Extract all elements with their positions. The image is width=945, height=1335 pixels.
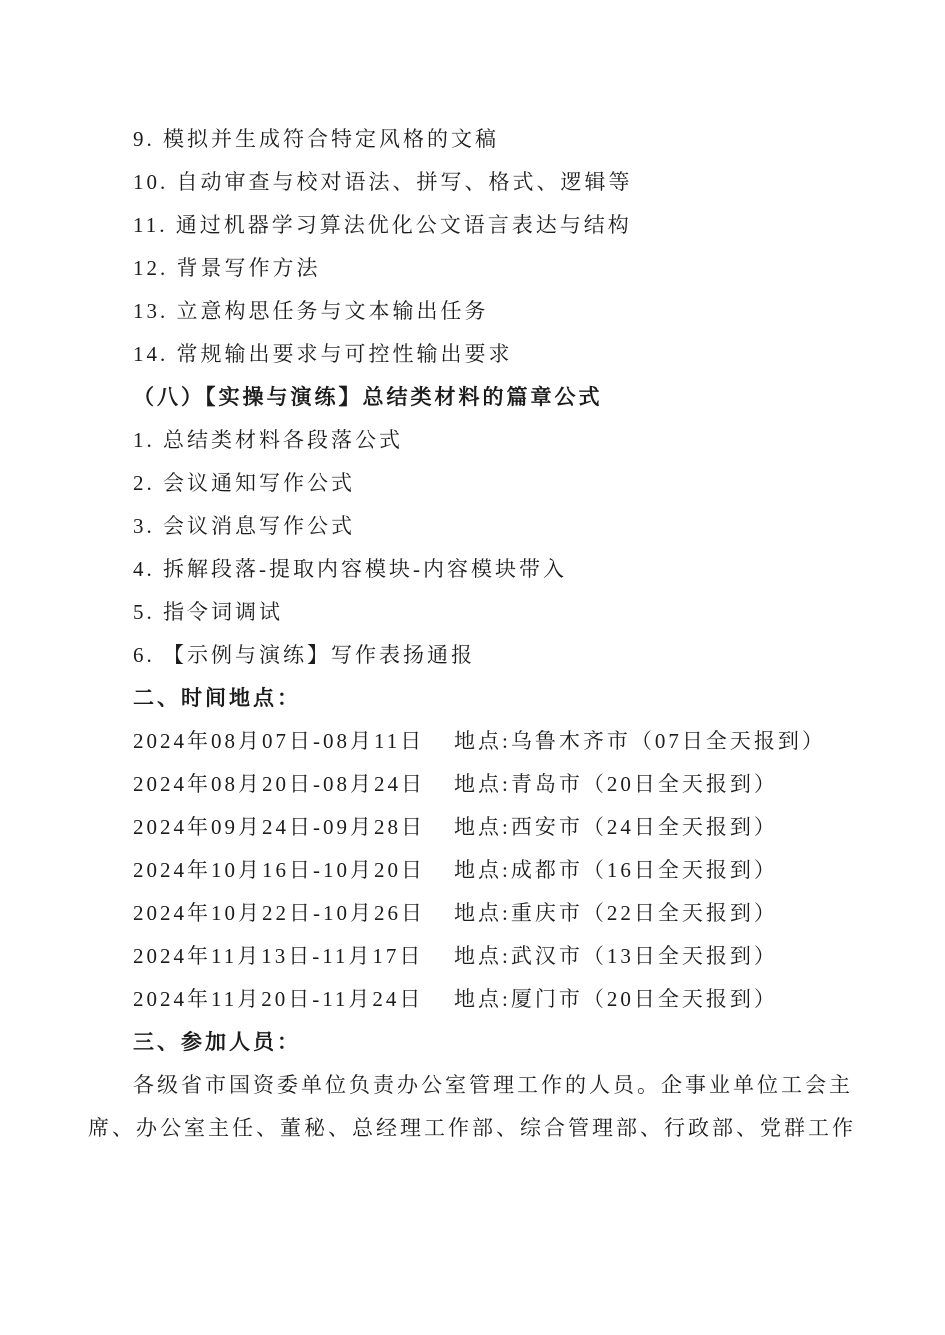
schedule-row: 2024年09月24日-09月28日 地点:西安市（24日全天报到） bbox=[88, 806, 857, 849]
schedule-row: 2024年11月20日-11月24日 地点:厦门市（20日全天报到） bbox=[88, 978, 857, 1021]
outline-item-9: 9. 模拟并生成符合特定风格的文稿 bbox=[88, 118, 857, 161]
schedule-row: 2024年08月20日-08月24日 地点:青岛市（20日全天报到） bbox=[88, 763, 857, 806]
section-eight-item-2: 2. 会议通知写作公式 bbox=[88, 462, 857, 505]
schedule-date: 2024年11月20日-11月24日 bbox=[133, 978, 454, 1021]
schedule-row: 2024年11月13日-11月17日 地点:武汉市（13日全天报到） bbox=[88, 935, 857, 978]
schedule-location: 地点:乌鲁木齐市（07日全天报到） bbox=[454, 720, 826, 763]
schedule-location: 地点:厦门市（20日全天报到） bbox=[454, 978, 778, 1021]
section-eight-item-1: 1. 总结类材料各段落公式 bbox=[88, 419, 857, 462]
schedule-location: 地点:重庆市（22日全天报到） bbox=[454, 892, 778, 935]
schedule-date: 2024年11月13日-11月17日 bbox=[133, 935, 454, 978]
schedule-row: 2024年08月07日-08月11日 地点:乌鲁木齐市（07日全天报到） bbox=[88, 720, 857, 763]
section-eight-item-6: 6. 【示例与演练】写作表扬通报 bbox=[88, 634, 857, 677]
outline-item-11: 11. 通过机器学习算法优化公文语言表达与结构 bbox=[88, 204, 857, 247]
participants-paragraph-line-1: 各级省市国资委单位负责办公室管理工作的人员。企事业单位工会主 bbox=[88, 1064, 857, 1107]
schedule-location: 地点:青岛市（20日全天报到） bbox=[454, 763, 778, 806]
document-content: 9. 模拟并生成符合特定风格的文稿 10. 自动审查与校对语法、拼写、格式、逻辑… bbox=[0, 0, 945, 1150]
outline-item-10: 10. 自动审查与校对语法、拼写、格式、逻辑等 bbox=[88, 161, 857, 204]
schedule-location: 地点:西安市（24日全天报到） bbox=[454, 806, 778, 849]
schedule-row: 2024年10月22日-10月26日 地点:重庆市（22日全天报到） bbox=[88, 892, 857, 935]
document-page: 9. 模拟并生成符合特定风格的文稿 10. 自动审查与校对语法、拼写、格式、逻辑… bbox=[0, 0, 945, 1335]
section-eight-item-4: 4. 拆解段落-提取内容模块-内容模块带入 bbox=[88, 548, 857, 591]
section-eight-heading: （八）【实操与演练】总结类材料的篇章公式 bbox=[88, 376, 857, 419]
schedule-heading: 二、时间地点： bbox=[88, 677, 857, 720]
schedule-location: 地点:武汉市（13日全天报到） bbox=[454, 935, 778, 978]
section-eight-item-3: 3. 会议消息写作公式 bbox=[88, 505, 857, 548]
schedule-location: 地点:成都市（16日全天报到） bbox=[454, 849, 778, 892]
schedule-date: 2024年10月16日-10月20日 bbox=[133, 849, 454, 892]
schedule-date: 2024年09月24日-09月28日 bbox=[133, 806, 454, 849]
schedule-date: 2024年08月20日-08月24日 bbox=[133, 763, 454, 806]
participants-heading: 三、参加人员： bbox=[88, 1021, 857, 1064]
outline-item-13: 13. 立意构思任务与文本输出任务 bbox=[88, 290, 857, 333]
outline-item-12: 12. 背景写作方法 bbox=[88, 247, 857, 290]
schedule-date: 2024年10月22日-10月26日 bbox=[133, 892, 454, 935]
participants-paragraph-line-2: 席、办公室主任、董秘、总经理工作部、综合管理部、行政部、党群工作 bbox=[88, 1107, 857, 1150]
schedule-row: 2024年10月16日-10月20日 地点:成都市（16日全天报到） bbox=[88, 849, 857, 892]
schedule-date: 2024年08月07日-08月11日 bbox=[133, 720, 454, 763]
outline-item-14: 14. 常规输出要求与可控性输出要求 bbox=[88, 333, 857, 376]
section-eight-item-5: 5. 指令词调试 bbox=[88, 591, 857, 634]
